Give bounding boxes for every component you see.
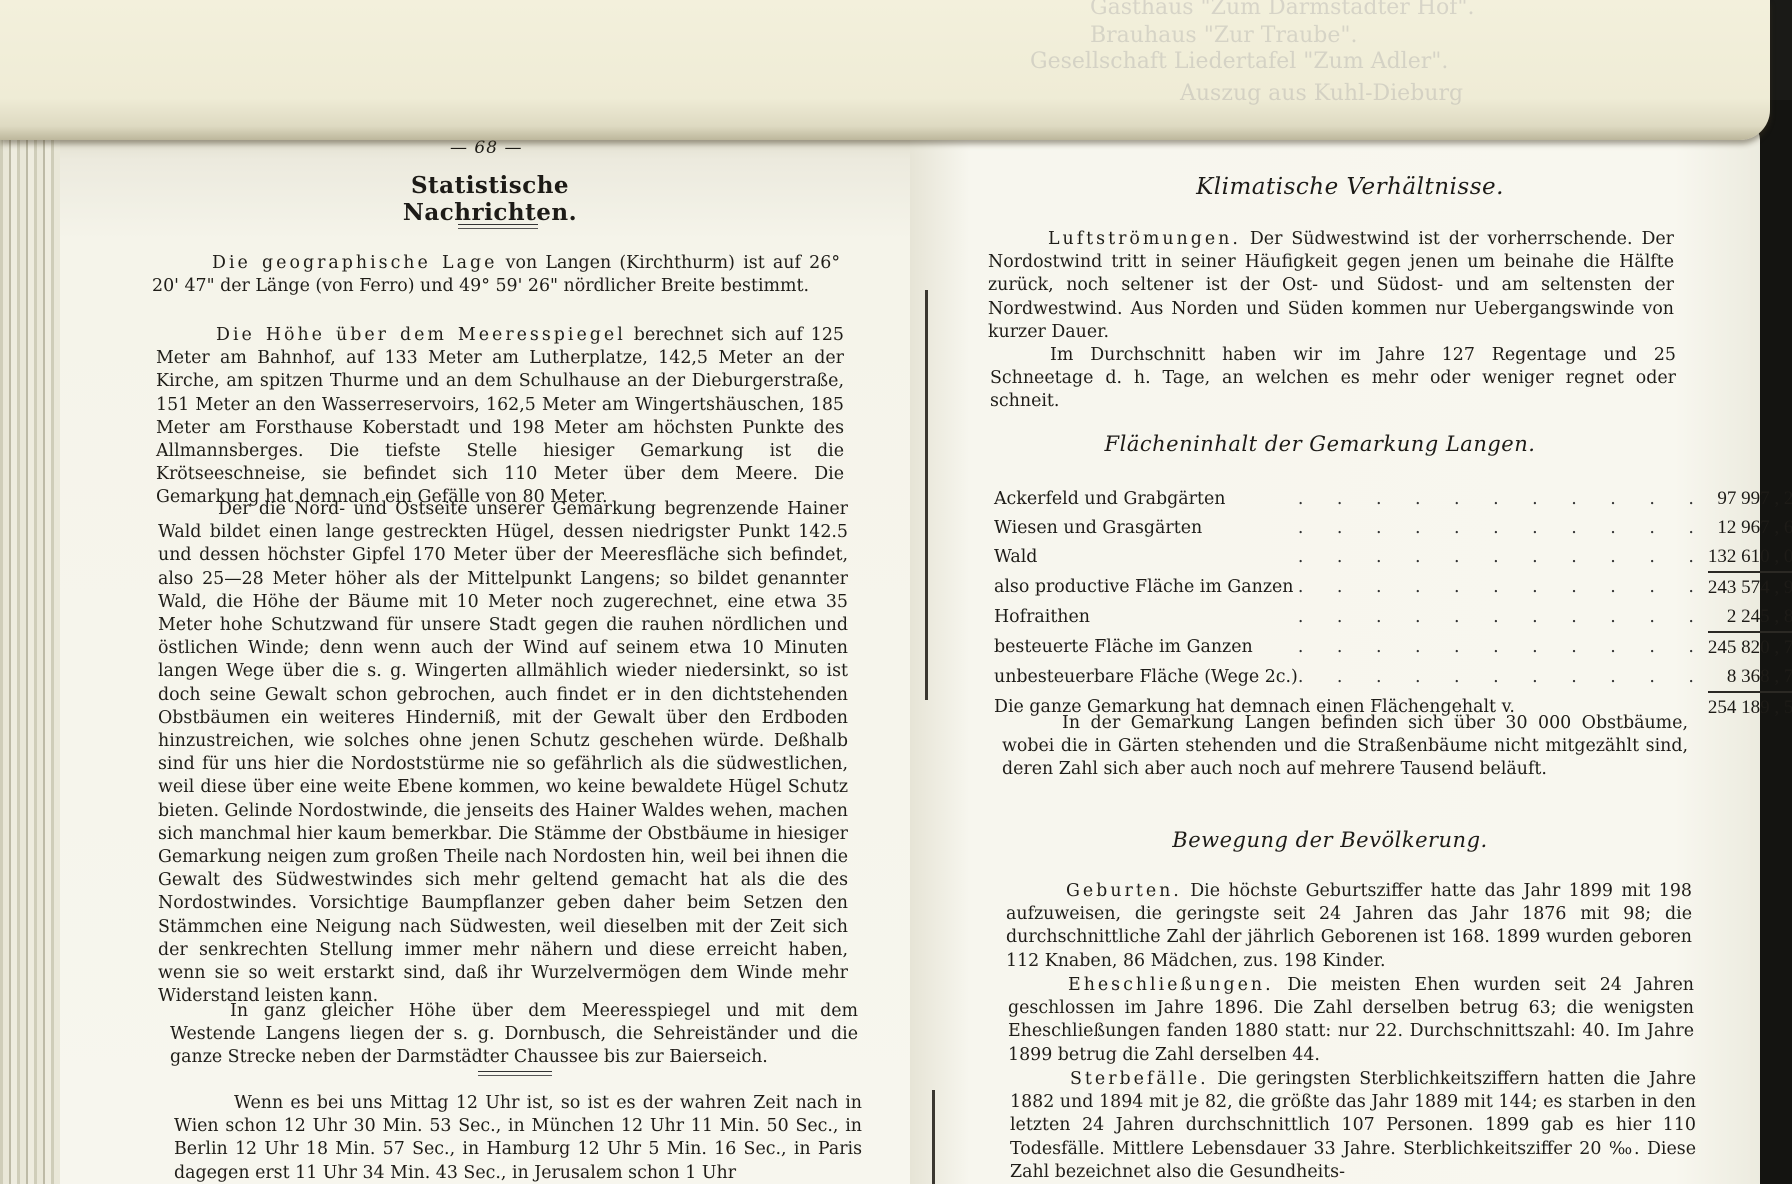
paragraph-same-height: In ganz gleicher Höhe über dem Meeresspi… [170,1000,858,1070]
right-page-title: Klimatische Verhältnisse. [1160,174,1540,200]
area-row: besteuerte Fläche im Ganzen . . . . . . … [994,632,1792,662]
area-table: Ackerfeld und Grabgärten . . . . . . . .… [994,484,1792,722]
gutter-line-lower [932,1090,935,1184]
page-edges [0,120,60,1184]
paragraph-rain-snow-days: Im Durchschnitt haben wir im Jahre 127 R… [990,344,1676,414]
area-row: also productive Fläche im Ganzen . . . .… [994,572,1792,602]
area-row: Wald . . . . . . . . . . . 132 610 , 02 … [994,542,1792,572]
area-row: Wiesen und Grasgärten . . . . . . . . . … [994,513,1792,542]
paragraph-births: Geburten. Die höchste Geburtsziffer hatt… [1006,880,1692,973]
gutter-line [925,290,928,700]
paragraph-fruit-trees: In der Gemarkung Langen befinden sich üb… [1002,712,1688,782]
paragraph-marriages: Eheschließungen. Die meisten Ehen wurden… [1008,974,1694,1067]
paragraph-time-difference: Wenn es bei uns Mittag 12 Uhr ist, so is… [174,1092,862,1184]
paragraph-hainer-wald: Der die Nord- und Ostseite unserer Gemar… [158,498,848,1008]
area-row: Ackerfeld und Grabgärten . . . . . . . .… [994,484,1792,513]
paragraph-air-currents: Luftströmungen. Der Südwestwind ist der … [988,228,1674,344]
section-divider [478,1071,552,1076]
population-section-title: Bewegung der Bevölkerung. [1100,828,1560,852]
paragraph-elevation: Die Höhe über dem Meeresspiegel berechne… [156,324,844,510]
paragraph-geographic-location: Die geographische Lage von Langen (Kirch… [152,252,840,298]
left-page-title: Statistische Nachrichten. [330,172,650,226]
area-row: Hofraithen . . . . . . . . . . . 2 245 ,… [994,602,1792,632]
area-section-title: Flächeninhalt der Gemarkung Langen. [1060,432,1580,456]
left-page-number: — 68 — [450,138,522,158]
curled-top-page: Gasthaus "Zum Darmstädter Hof". Brauhaus… [0,0,1770,140]
title-divider [458,224,538,229]
area-row: unbesteuerbare Fläche (Wege 2c.) . . . .… [994,662,1792,692]
paragraph-deaths: Sterbefälle. Die geringsten Sterblichkei… [1010,1068,1696,1184]
